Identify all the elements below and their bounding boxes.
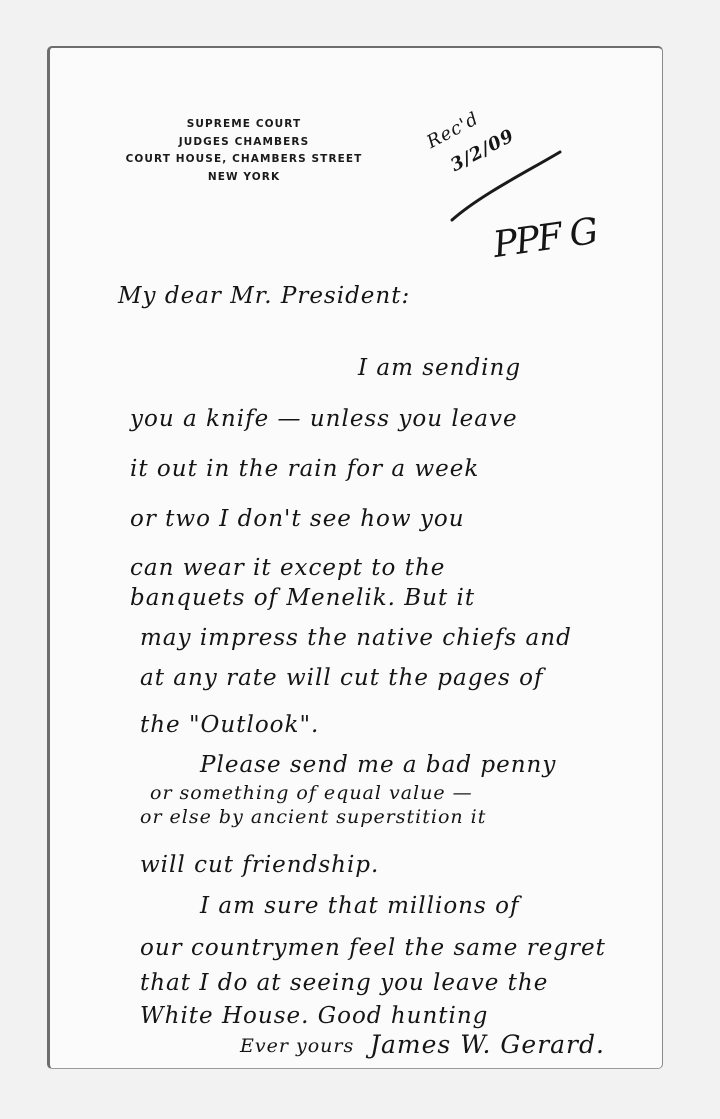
signature: James W. Gerard. bbox=[370, 1030, 605, 1059]
letter-line: I am sure that millions of bbox=[200, 893, 519, 919]
letter-line: White House. Good hunting bbox=[140, 1003, 488, 1029]
letter-line: the "Outlook". bbox=[140, 712, 319, 738]
letterhead: SUPREME COURT JUDGES CHAMBERS COURT HOUS… bbox=[110, 116, 378, 186]
letter-line: you a knife — unless you leave bbox=[130, 406, 518, 432]
letter-line: our countrymen feel the same regret bbox=[140, 935, 606, 961]
letterhead-line-city: NEW YORK bbox=[110, 169, 378, 187]
letterhead-line-chambers: JUDGES CHAMBERS bbox=[110, 134, 378, 152]
letter-line: at any rate will cut the pages of bbox=[140, 665, 544, 691]
letter-line: or two I don't see how you bbox=[130, 506, 465, 532]
letter-line-insertion: or something of equal value — bbox=[150, 782, 473, 804]
letter-line: I am sending bbox=[358, 355, 521, 381]
letter-line: can wear it except to the bbox=[130, 555, 445, 581]
letter-line: or else by ancient superstition it bbox=[140, 806, 486, 828]
letter-line: may impress the native chiefs and bbox=[140, 625, 572, 651]
salutation: My dear Mr. President: bbox=[118, 283, 410, 309]
letter-line: it out in the rain for a week bbox=[130, 456, 479, 482]
letterhead-line-court: SUPREME COURT bbox=[110, 116, 378, 134]
letter-line: banquets of Menelik. But it bbox=[130, 585, 475, 611]
letter-line: that I do at seeing you leave the bbox=[140, 970, 548, 996]
closing: Ever yours bbox=[240, 1035, 354, 1057]
letter-line: Please send me a bad penny bbox=[200, 752, 556, 778]
letterhead-line-address: COURT HOUSE, CHAMBERS STREET bbox=[110, 151, 378, 169]
letter-line: will cut friendship. bbox=[140, 852, 379, 878]
